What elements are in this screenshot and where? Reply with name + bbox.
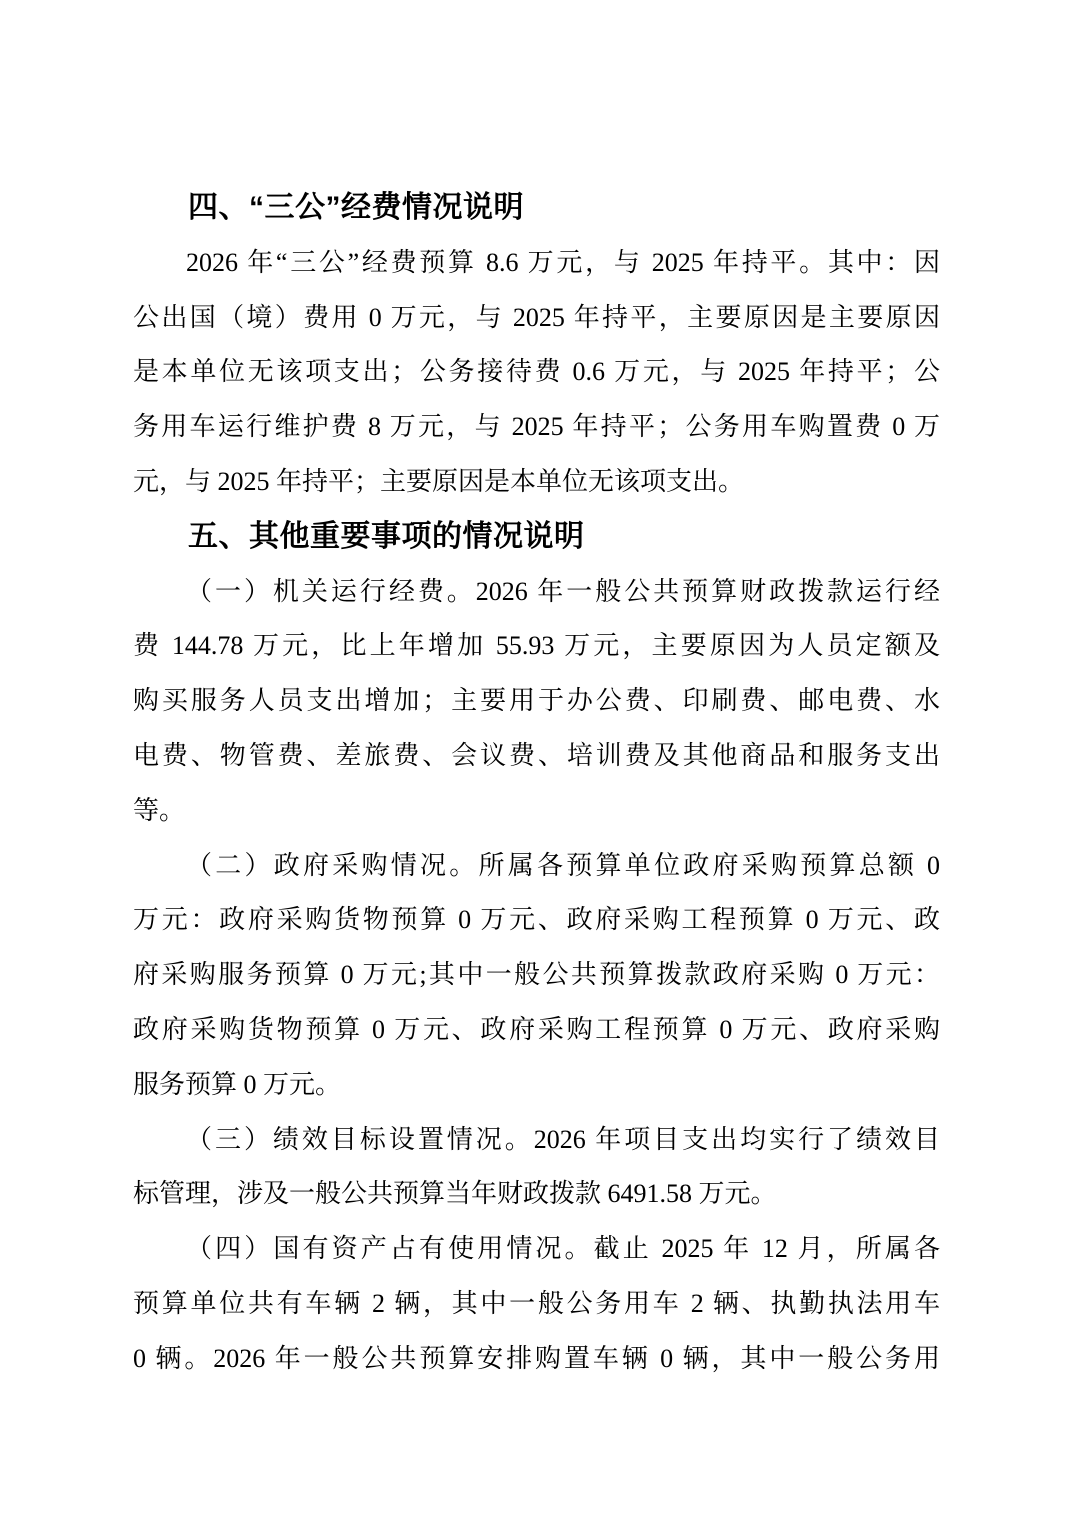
text-line: 是本单位无该项支出；公务接待费 0.6 万元，与 2025 年持平；公 — [133, 345, 940, 400]
page-background: 四、“三公”经费情况说明 2026 年“三公”经费预算 8.6 万元，与 202… — [0, 0, 1074, 1520]
document-page: { "page": { "background_color": "#ffffff… — [0, 0, 1074, 1520]
text-line: 2026 年“三公”经费预算 8.6 万元，与 2025 年持平。其中：因 — [133, 236, 940, 291]
text-line: （二）政府采购情况。所属各预算单位政府采购预算总额 0 — [133, 839, 940, 894]
section-heading-five: 五、其他重要事项的情况说明 — [133, 510, 940, 565]
text-line: （四）国有资产占有使用情况。截止 2025 年 12 月，所属各 — [133, 1222, 940, 1277]
section-heading-four: 四、“三公”经费情况说明 — [133, 181, 940, 236]
text-line: 费 144.78 万元，比上年增加 55.93 万元，主要原因为人员定额及 — [133, 619, 940, 674]
text-line: 万元：政府采购货物预算 0 万元、政府采购工程预算 0 万元、政 — [133, 893, 940, 948]
text-line: 服务预算 0 万元。 — [133, 1058, 940, 1113]
text-line: 购买服务人员支出增加；主要用于办公费、印刷费、邮电费、水 — [133, 674, 940, 729]
text-line: 府采购服务预算 0 万元;其中一般公共预算拨款政府采购 0 万元： — [133, 948, 940, 1003]
text-line: 预算单位共有车辆 2 辆，其中一般公务用车 2 辆、执勤执法用车 — [133, 1277, 940, 1332]
text-line: 元，与 2025 年持平；主要原因是本单位无该项支出。 — [133, 455, 940, 510]
text-line: 0 辆。2026 年一般公共预算安排购置车辆 0 辆，其中一般公务用 — [133, 1332, 940, 1387]
text-line: 公出国（境）费用 0 万元，与 2025 年持平，主要原因是主要原因 — [133, 291, 940, 346]
text-line: 政府采购货物预算 0 万元、政府采购工程预算 0 万元、政府采购 — [133, 1003, 940, 1058]
text-line: （一）机关运行经费。2026 年一般公共预算财政拨款运行经 — [133, 565, 940, 620]
text-line: 务用车运行维护费 8 万元，与 2025 年持平；公务用车购置费 0 万 — [133, 400, 940, 455]
text-line: 标管理，涉及一般公共预算当年财政拨款 6491.58 万元。 — [133, 1167, 940, 1222]
text-line: （三）绩效目标设置情况。2026 年项目支出均实行了绩效目 — [133, 1113, 940, 1168]
document-body: 四、“三公”经费情况说明 2026 年“三公”经费预算 8.6 万元，与 202… — [133, 181, 940, 1387]
text-line: 等。 — [133, 784, 940, 839]
text-line: 电费、物管费、差旅费、会议费、培训费及其他商品和服务支出 — [133, 729, 940, 784]
